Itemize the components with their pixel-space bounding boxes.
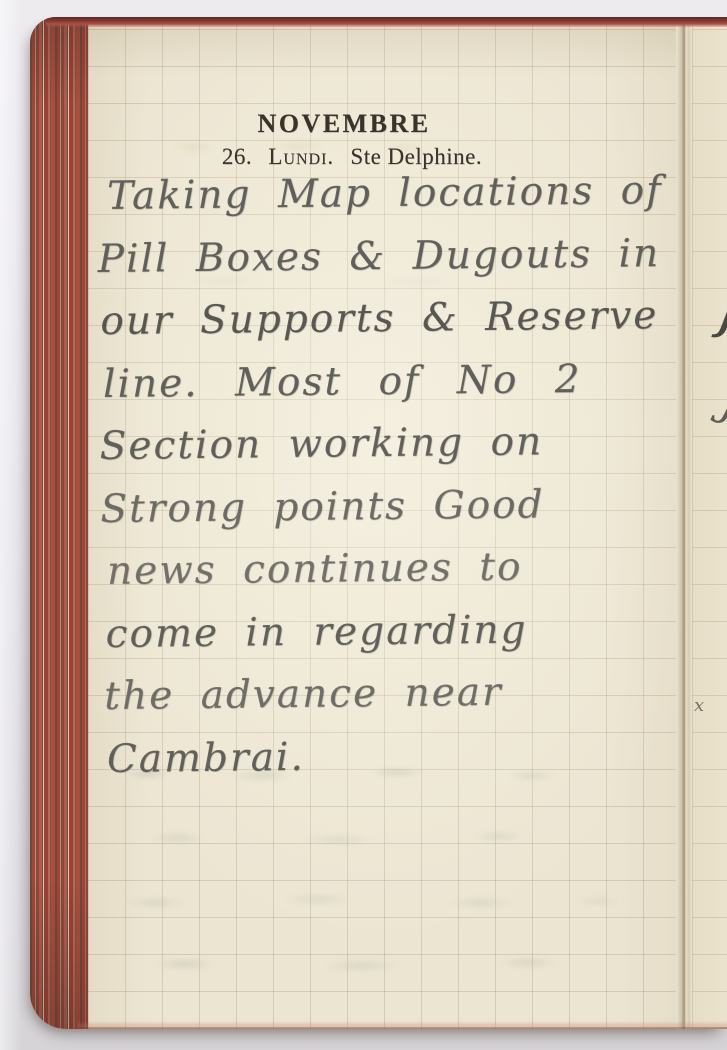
stroke-fragment: j [718, 372, 727, 428]
entry-line: Pill Boxes & Dugouts in [97, 222, 674, 291]
entry-line: news continues to [107, 535, 678, 603]
entry-line: come in regarding [105, 597, 678, 665]
diary-page: NOVEMBRE 26. Lundi. Ste Delphine. Taking… [88, 17, 676, 1029]
entry-line: the advance near [104, 660, 679, 729]
diary-book: NOVEMBRE 26. Lundi. Ste Delphine. Taking… [30, 17, 727, 1029]
ghost-writing-smudge [118, 823, 618, 853]
month-title: NOVEMBRE [50, 109, 638, 139]
bottom-page-edge [78, 1021, 727, 1029]
entry-line: Cambrai. [107, 722, 680, 790]
stroke-fragment: x [694, 695, 704, 716]
entry-line: line. Most of No 2 [103, 347, 676, 415]
top-page-edge [46, 17, 727, 27]
entry-line: Strong points Good [100, 472, 677, 541]
entry-line: Section working on [99, 410, 676, 479]
gutter-fold [676, 17, 692, 1029]
handwritten-entry: Taking Map locations of Pill Boxes & Dug… [95, 160, 680, 791]
entry-line: our Supports & Reserve [100, 285, 675, 354]
stroke-fragment: t [723, 194, 727, 236]
stroke-fragment: f [715, 268, 727, 345]
photo-backdrop: NOVEMBRE 26. Lundi. Ste Delphine. Taking… [0, 0, 727, 1050]
ghost-writing-smudge [112, 947, 632, 981]
facing-page-sliver: t f j x [692, 17, 727, 1029]
ghost-writing-smudge [102, 885, 642, 917]
entry-line: Taking Map locations of [107, 160, 674, 228]
